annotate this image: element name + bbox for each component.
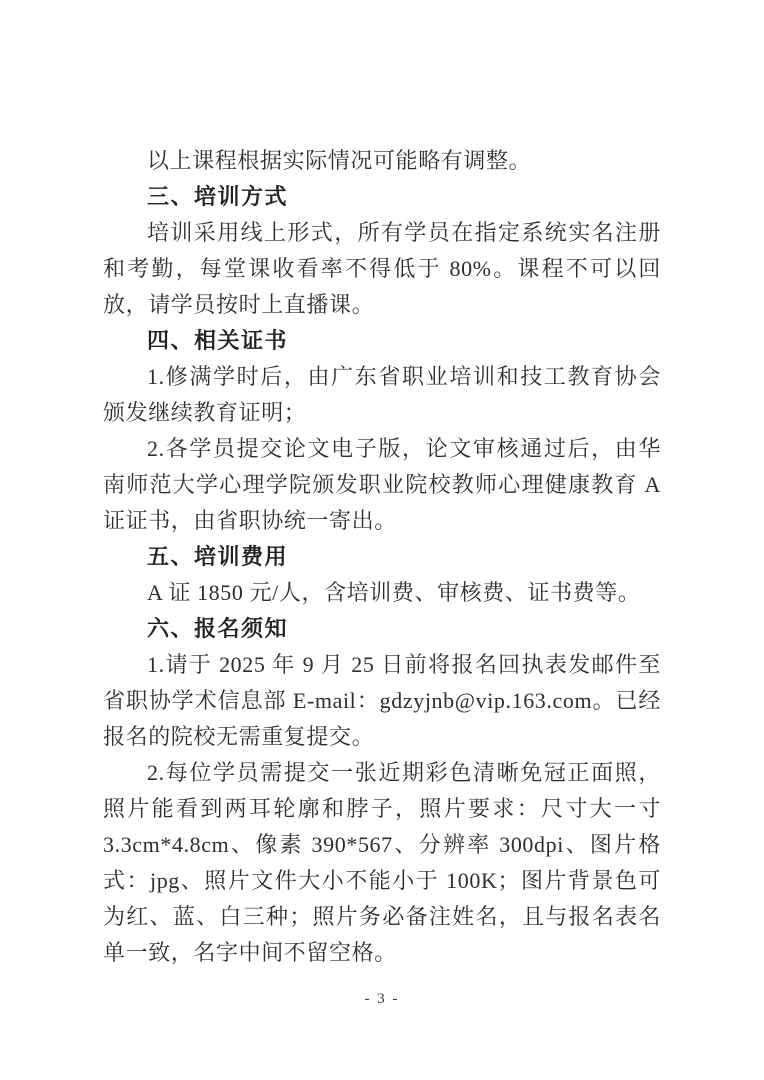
paragraph-training-method: 培训采用线上形式，所有学员在指定系统实名注册和考勤，每堂课收看率不得低于 80%… (103, 215, 661, 323)
paragraph-training-fee: A 证 1850 元/人，含培训费、审核费、证书费等。 (103, 575, 661, 611)
heading-section-3-training-method: 三、培训方式 (103, 179, 661, 215)
document-page: 以上课程根据实际情况可能略有调整。 三、培训方式 培训采用线上形式，所有学员在指… (0, 0, 764, 1080)
page-number: - 3 - (0, 988, 764, 1010)
paragraph-certificate-item-2: 2.各学员提交论文电子版，论文审核通过后，由华南师范大学心理学院颁发职业院校教师… (103, 431, 661, 539)
heading-section-4-certificates: 四、相关证书 (103, 323, 661, 359)
heading-section-6-registration-notes: 六、报名须知 (103, 611, 661, 647)
heading-section-5-training-fee: 五、培训费用 (103, 539, 661, 575)
document-body: 以上课程根据实际情况可能略有调整。 三、培训方式 培训采用线上形式，所有学员在指… (103, 143, 661, 971)
paragraph-registration-item-2: 2.每位学员需提交一张近期彩色清晰免冠正面照，照片能看到两耳轮廓和脖子，照片要求… (103, 755, 661, 971)
paragraph-certificate-item-1: 1.修满学时后，由广东省职业培训和技工教育协会颁发继续教育证明； (103, 359, 661, 431)
paragraph-course-adjustment-note: 以上课程根据实际情况可能略有调整。 (103, 143, 661, 179)
paragraph-registration-item-1: 1.请于 2025 年 9 月 25 日前将报名回执表发邮件至省职协学术信息部 … (103, 647, 661, 755)
